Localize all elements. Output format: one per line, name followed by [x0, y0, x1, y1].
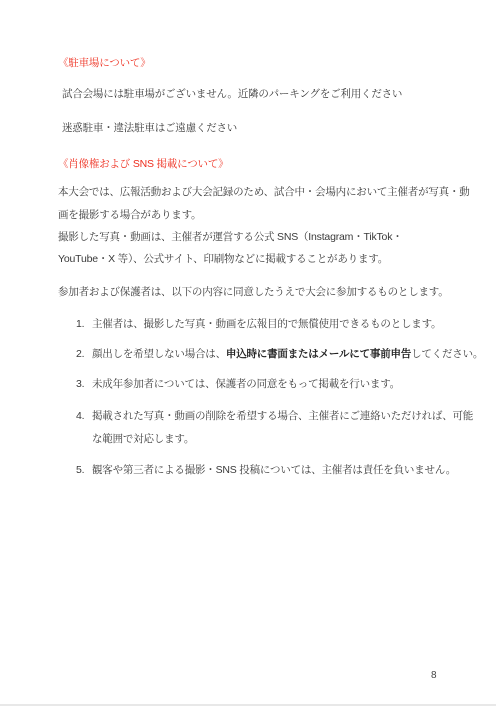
document-page: 《駐車場について》 試合会場には駐車場がございません。近隣のパーキングをご利用く… — [0, 0, 496, 709]
list-item-4-text-line-2: な範囲で対応します。 — [92, 432, 194, 446]
list-item-3-number: 3. — [76, 377, 90, 391]
sns-paragraph-line-2: 画を撮影する場合があります。 — [58, 208, 201, 222]
list-item-2-text-bold: 申込時に書面またはメールにて事前申告 — [226, 348, 411, 360]
list-item-1-number: 1. — [76, 317, 90, 331]
list-item-4: 4.掲載された写真・動画の削除を希望する場合、主催者にご連絡いただければ、可能 — [76, 409, 473, 423]
list-item-4-text-line-1: 掲載された写真・動画の削除を希望する場合、主催者にご連絡いただければ、可能 — [92, 410, 473, 422]
list-item-2-text-prefix: 顔出しを希望しない場合は、 — [92, 348, 226, 360]
list-item-5-number: 5. — [76, 463, 90, 477]
parking-note-line-2: 迷惑駐車・違法駐車はご遠慮ください — [62, 121, 237, 135]
page-bottom-edge — [0, 704, 496, 706]
agreement-intro: 参加者および保護者は、以下の内容に同意したうえで大会に参加するものとします。 — [58, 285, 449, 299]
list-item-5-text: 観客や第三者による撮影・SNS 投稿については、主催者は責任を負いません。 — [92, 464, 456, 476]
list-item-1-text: 主催者は、撮影した写真・動画を広報目的で無償使用できるものとします。 — [92, 318, 441, 330]
list-item-2: 2.顔出しを希望しない場合は、申込時に書面またはメールにて事前申告してください。 — [76, 347, 483, 361]
list-item-3-text: 未成年参加者については、保護者の同意をもって掲載を行います。 — [92, 378, 400, 390]
list-item-1: 1.主催者は、撮影した写真・動画を広報目的で無償使用できるものとします。 — [76, 317, 441, 331]
sns-paragraph-line-3: 撮影した写真・動画は、主催者が運営する公式 SNS（Instagram・TikT… — [58, 230, 403, 244]
parking-section-heading: 《駐車場について》 — [58, 56, 151, 70]
parking-note-line-1: 試合会場には駐車場がございません。近隣のパーキングをご利用ください — [62, 87, 402, 101]
sns-paragraph-line-1: 本大会では、広報活動および大会記録のため、試合中・会場内において主催者が写真・動 — [58, 185, 470, 199]
list-item-2-number: 2. — [76, 347, 90, 361]
sns-section-heading: 《肖像権および SNS 掲載について》 — [58, 157, 228, 171]
page-number: 8 — [431, 670, 437, 681]
list-item-3: 3.未成年参加者については、保護者の同意をもって掲載を行います。 — [76, 377, 400, 391]
list-item-2-text-suffix: してください。 — [411, 348, 483, 360]
list-item-4-number: 4. — [76, 409, 90, 423]
list-item-5: 5.観客や第三者による撮影・SNS 投稿については、主催者は責任を負いません。 — [76, 463, 456, 477]
sns-paragraph-line-4: YouTube・X 等）、公式サイト、印刷物などに掲載することがあります。 — [58, 252, 388, 266]
